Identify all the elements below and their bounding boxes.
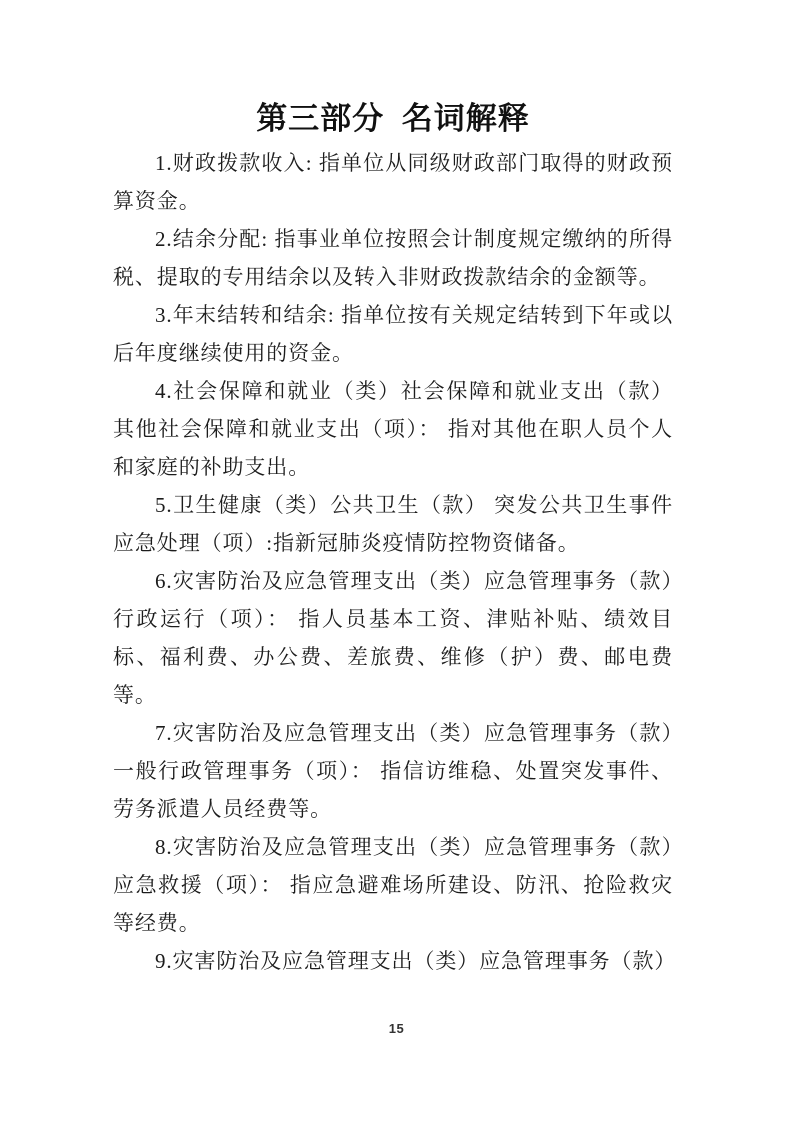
term-definition-9: 9.灾害防治及应急管理支出（类）应急管理事务（款） xyxy=(113,942,673,980)
term-definition-2: 2.结余分配: 指事业单位按照会计制度规定缴纳的所得税、提取的专用结余以及转入非… xyxy=(113,220,673,296)
term-definition-4: 4.社会保障和就业（类）社会保障和就业支出（款）其他社会保障和就业支出（项）： … xyxy=(113,372,673,486)
term-definition-5: 5.卫生健康（类）公共卫生（款） 突发公共卫生事件应急处理（项）:指新冠肺炎疫情… xyxy=(113,486,673,562)
term-definition-6: 6.灾害防治及应急管理支出（类）应急管理事务（款）行政运行（项）： 指人员基本工… xyxy=(113,562,673,714)
section-title: 第三部分 名词解释 xyxy=(113,96,673,142)
term-definition-7: 7.灾害防治及应急管理支出（类）应急管理事务（款）一般行政管理事务（项）： 指信… xyxy=(113,714,673,828)
term-definition-1: 1.财政拨款收入: 指单位从同级财政部门取得的财政预算资金。 xyxy=(113,144,673,220)
term-definition-3: 3.年末结转和结余: 指单位按有关规定结转到下年或以后年度继续使用的资金。 xyxy=(113,296,673,372)
document-page: 第三部分 名词解释 1.财政拨款收入: 指单位从同级财政部门取得的财政预算资金。… xyxy=(0,0,793,1122)
page-number: 15 xyxy=(0,1021,793,1036)
term-definition-8: 8.灾害防治及应急管理支出（类）应急管理事务（款）应急救援（项）： 指应急避难场… xyxy=(113,828,673,942)
